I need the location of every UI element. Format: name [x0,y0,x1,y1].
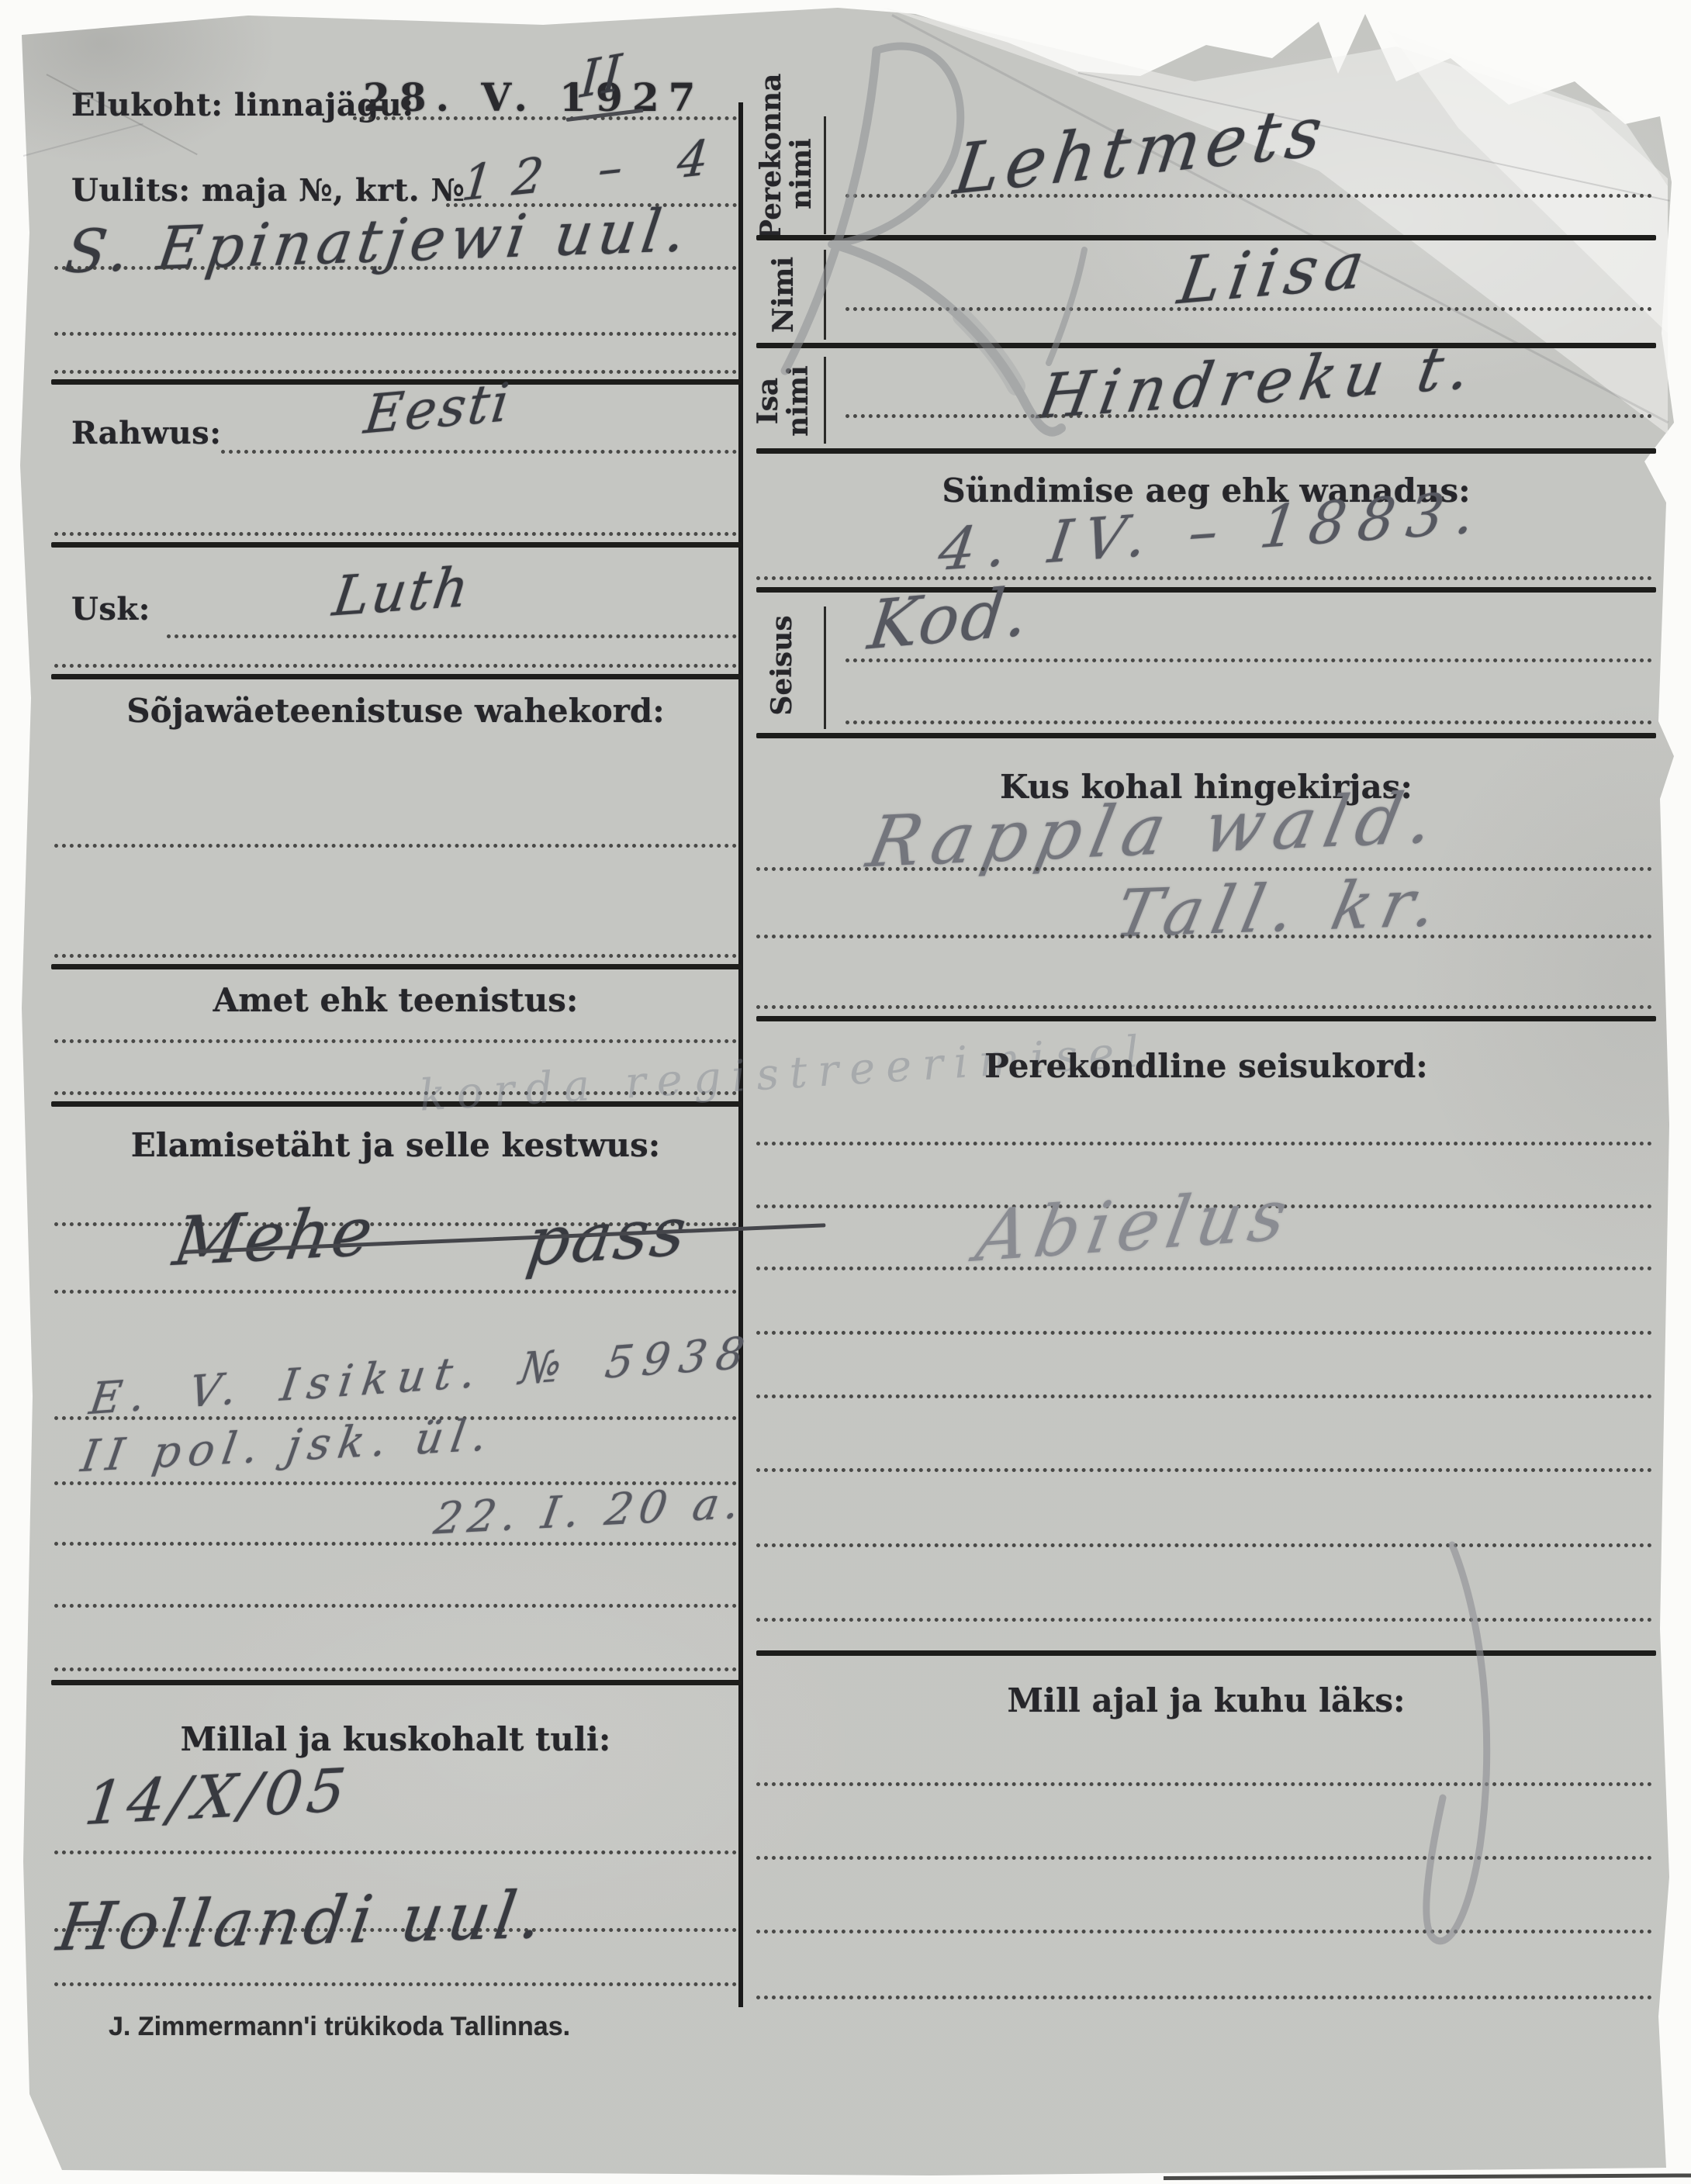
dotted-line [845,721,1652,724]
residence-permit-header: Elamisetäht ja selle kestwus: [54,1126,737,1164]
section-rule [756,1650,1656,1656]
section-rule [756,343,1656,348]
arrival-place-handwriting: Hollandi uul. [53,1877,552,1966]
occupation-header: Amet ehk teenistus: [54,981,737,1019]
dotted-line [756,1331,1652,1335]
dotted-line [54,332,737,336]
section-rule [756,733,1656,738]
dotted-line [54,1667,737,1671]
religion-label: Usk: [71,591,150,627]
religion-handwriting: Luth [329,555,475,628]
dotted-line [756,867,1652,871]
section-rule [756,448,1656,454]
dotted-line [756,1930,1652,1933]
dotted-line [845,658,1652,662]
dotted-line [54,664,737,668]
arrival-date-handwriting: 14/X/05 [81,1755,354,1839]
dotted-line [54,1604,737,1608]
dotted-line [54,1851,737,1854]
label-bracket [824,250,826,340]
dotted-line [54,370,737,374]
dotted-line [756,1782,1652,1786]
dotted-line [845,194,1652,198]
date-stamp: 28. V. 1927 [363,74,704,120]
section-rule [51,964,742,969]
status-handwriting: Kod. [864,572,1035,665]
family-name-label: Perekonna nimi [756,107,823,240]
label-bracket [824,606,826,729]
label-bracket [824,116,826,234]
dotted-line [756,1394,1652,1398]
dotted-line [54,532,737,536]
dotted-line [845,307,1652,311]
dotted-line [54,1290,737,1294]
street-label: Uulits: maja №, krt. № [71,172,465,209]
section-rule [51,674,742,679]
first-name-label: Nimi [769,244,804,345]
dotted-line [167,634,737,638]
father-name-label: Isa nimi [753,347,820,455]
dotted-line [756,935,1652,938]
printer-credit: J. Zimmermann'i trükikoda Tallinnas. [109,2012,570,2042]
scan-edge-line [1164,2173,1691,2180]
dotted-line [756,1468,1652,1472]
dotted-line [54,954,737,958]
dotted-line [54,1982,737,1986]
section-rule [51,1680,742,1685]
dotted-line [54,1039,737,1043]
dotted-line [756,1996,1652,1999]
dotted-line [756,1267,1652,1270]
parish-handwriting-line2: Tall. kr. [1109,864,1454,952]
dotted-line [221,450,737,454]
section-rule [756,235,1656,240]
dotted-line [845,414,1652,418]
dotted-line [756,1142,1652,1146]
dotted-line [756,1543,1652,1547]
dotted-line [756,576,1652,580]
military-service-header: Sõjawäeteenistuse wahekord: [54,692,737,730]
arrival-header: Millal ja kuskohalt tuli: [54,1720,737,1758]
scanned-registration-card: Elukoht: linnajägu: 28. V. 1927 II Uulit… [0,0,1691,2184]
dotted-line [54,1542,737,1546]
departure-header: Mill ajal ja kuhu läks: [756,1681,1656,1719]
district-handwriting: II [579,43,626,110]
section-rule [756,1016,1656,1021]
dotted-line [54,266,737,270]
dotted-line [54,844,737,848]
struck-word-handwriting: Mehe [168,1193,380,1281]
nationality-label: Rahwus: [71,415,221,451]
dotted-line [756,1856,1652,1860]
marital-status-header: Perekondline seisukord: [756,1047,1656,1085]
status-label: Seisus [767,596,803,735]
dotted-line [756,1005,1652,1009]
dotted-line [756,1618,1652,1622]
section-rule [51,542,742,548]
label-bracket [824,357,826,444]
